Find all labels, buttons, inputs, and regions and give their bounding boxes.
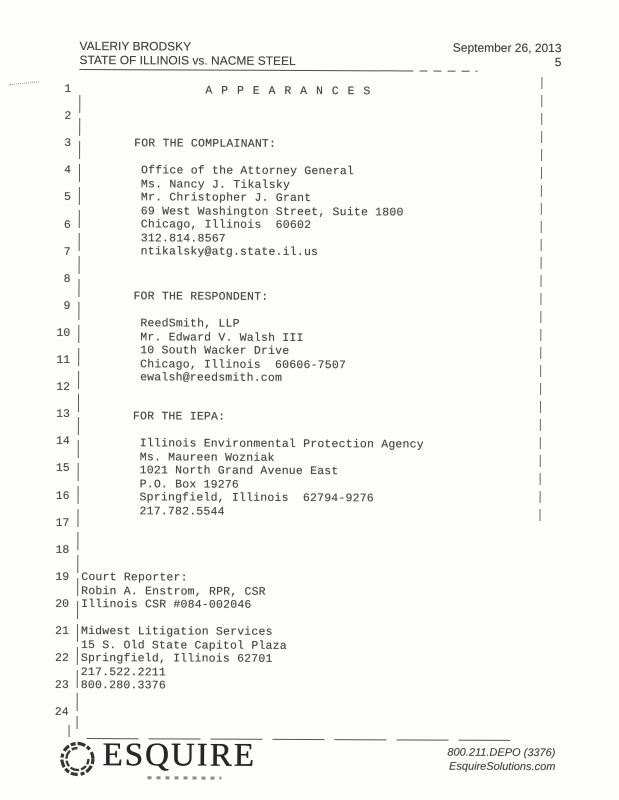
appearance-iepa: FOR THE IEPA: Illinois Environmental Pro… (132, 410, 424, 520)
litigation-services-block: Midwest Litigation Services15 S. Old Sta… (81, 625, 287, 694)
line-number: 24 (39, 706, 69, 719)
line-number: 16 (40, 489, 70, 502)
text-line: Springfield, Illinois 62794-9276 (140, 492, 424, 507)
line-number: 15 (40, 462, 70, 475)
deposition-date: September 26, 2013 (453, 42, 562, 56)
line-number: 19 (39, 571, 69, 584)
appearance-lines: Illinois Environmental Protection Agency… (139, 437, 423, 520)
line-number: 13 (40, 408, 70, 421)
text-line: 217.782.5544 (139, 505, 423, 520)
text-line: Chicago, Illinois 60602 (141, 219, 404, 234)
header-rule-dashes (419, 70, 477, 71)
text-line: 217.522.2211 (81, 666, 287, 680)
header-rule (79, 69, 413, 71)
appearance-respondent: FOR THE RESPONDENT: ReedSmith, LLPMr. Ed… (133, 290, 346, 386)
footer-website: EsquireSolutions.com (447, 760, 555, 774)
appearance-heading: FOR THE IEPA: (133, 410, 424, 425)
text-line: 1021 North Grand Avenue East (140, 464, 424, 479)
scanned-content: VALERIY BRODSKY STATE OF ILLINOIS vs. NA… (0, 0, 619, 800)
line-number: 14 (40, 435, 70, 448)
text-line: ewalsh@reedsmith.com (140, 372, 346, 386)
transcript-page: VALERIY BRODSKY STATE OF ILLINOIS vs. NA… (0, 0, 619, 800)
litigation-services-lines: Midwest Litigation Services15 S. Old Sta… (81, 625, 287, 694)
line-number: 21 (39, 625, 69, 638)
text-line: Springfield, Illinois 62701 (81, 652, 287, 666)
text-line: Midwest Litigation Services (81, 625, 287, 639)
line-number: 4 (41, 164, 71, 177)
line-number-column: 123456789101112131415161718192021222324 (2, 0, 619, 1)
text-line: 800.280.3376 (81, 679, 287, 693)
line-number: 23 (39, 679, 69, 692)
line-number: 9 (40, 300, 70, 313)
text-line: Ms. Nancy J. Tikalsky (141, 178, 404, 193)
text-line: 10 South Wacker Drive (140, 344, 346, 358)
text-line: Ms. Maureen Wozniak (140, 451, 424, 466)
appearance-complainant: FOR THE COMPLAINANT: Office of the Attor… (134, 137, 404, 260)
footer-contact: 800.211.DEPO (3376) EsquireSolutions.com (447, 747, 555, 774)
line-number: 1 (41, 83, 71, 96)
court-reporter-lines: Court Reporter:Robin A. Enstrom, RPR, CS… (81, 571, 266, 612)
text-line: 69 West Washington Street, Suite 1800 (141, 205, 404, 220)
line-number: 17 (39, 516, 69, 529)
court-reporter-block: Court Reporter:Robin A. Enstrom, RPR, CS… (81, 571, 266, 612)
margin-line-tick (69, 725, 70, 737)
header-right: September 26, 2013 5 (453, 42, 562, 69)
line-number: 22 (39, 652, 69, 665)
line-number: 18 (39, 544, 69, 557)
line-number: 7 (41, 245, 71, 258)
text-line: Office of the Attorney General (141, 164, 404, 179)
line-number: 6 (41, 218, 71, 231)
appearance-lines: ReedSmith, LLPMr. Edward V. Walsh III10 … (140, 317, 346, 386)
text-line: ReedSmith, LLP (140, 317, 346, 331)
right-margin-line (539, 77, 542, 525)
line-number: 11 (40, 354, 70, 367)
esquire-logo-icon (57, 740, 97, 778)
scan-artifact (9, 81, 40, 92)
line-number: 10 (40, 327, 70, 340)
text-line: P.O. Box 19276 (140, 478, 424, 493)
line-number: 3 (41, 137, 71, 150)
line-number: 5 (41, 191, 71, 204)
text-line: Mr. Christopher J. Grant (141, 191, 404, 206)
case-title: STATE OF ILLINOIS vs. NACME STEEL (79, 53, 295, 67)
text-line: 312.814.8567 (141, 232, 404, 247)
text-line: Mr. Edward V. Walsh III (140, 331, 346, 345)
text-line: 15 S. Old State Capitol Plaza (81, 639, 287, 653)
text-line: ntikalsky@atg.state.il.us (141, 246, 404, 261)
line-number: 20 (39, 598, 69, 611)
page-number: 5 (453, 55, 562, 69)
text-line: Robin A. Enstrom, RPR, CSR (81, 585, 266, 599)
left-margin-line (77, 95, 81, 729)
footer-phone: 800.211.DEPO (3376) (447, 747, 555, 761)
text-line: Court Reporter: (81, 571, 266, 585)
text-line: Illinois Environmental Protection Agency (140, 437, 424, 452)
line-number: 12 (40, 381, 70, 394)
appearance-lines: Office of the Attorney GeneralMs. Nancy … (141, 164, 404, 260)
text-line: Chicago, Illinois 60606-7507 (140, 358, 346, 372)
line-number: 8 (40, 273, 70, 286)
text-line: Illinois CSR #084-002046 (81, 598, 266, 612)
page-title: A P P E A R A N C E S (205, 85, 371, 99)
line-number: 2 (41, 110, 71, 123)
appearance-heading: FOR THE RESPONDENT: (133, 290, 346, 304)
esquire-brand-text: ESQUIRE (102, 737, 256, 775)
esquire-tagline-marks (147, 776, 221, 779)
header-left: VALERIY BRODSKY STATE OF ILLINOIS vs. NA… (79, 40, 295, 68)
appearance-heading: FOR THE COMPLAINANT: (134, 137, 404, 152)
